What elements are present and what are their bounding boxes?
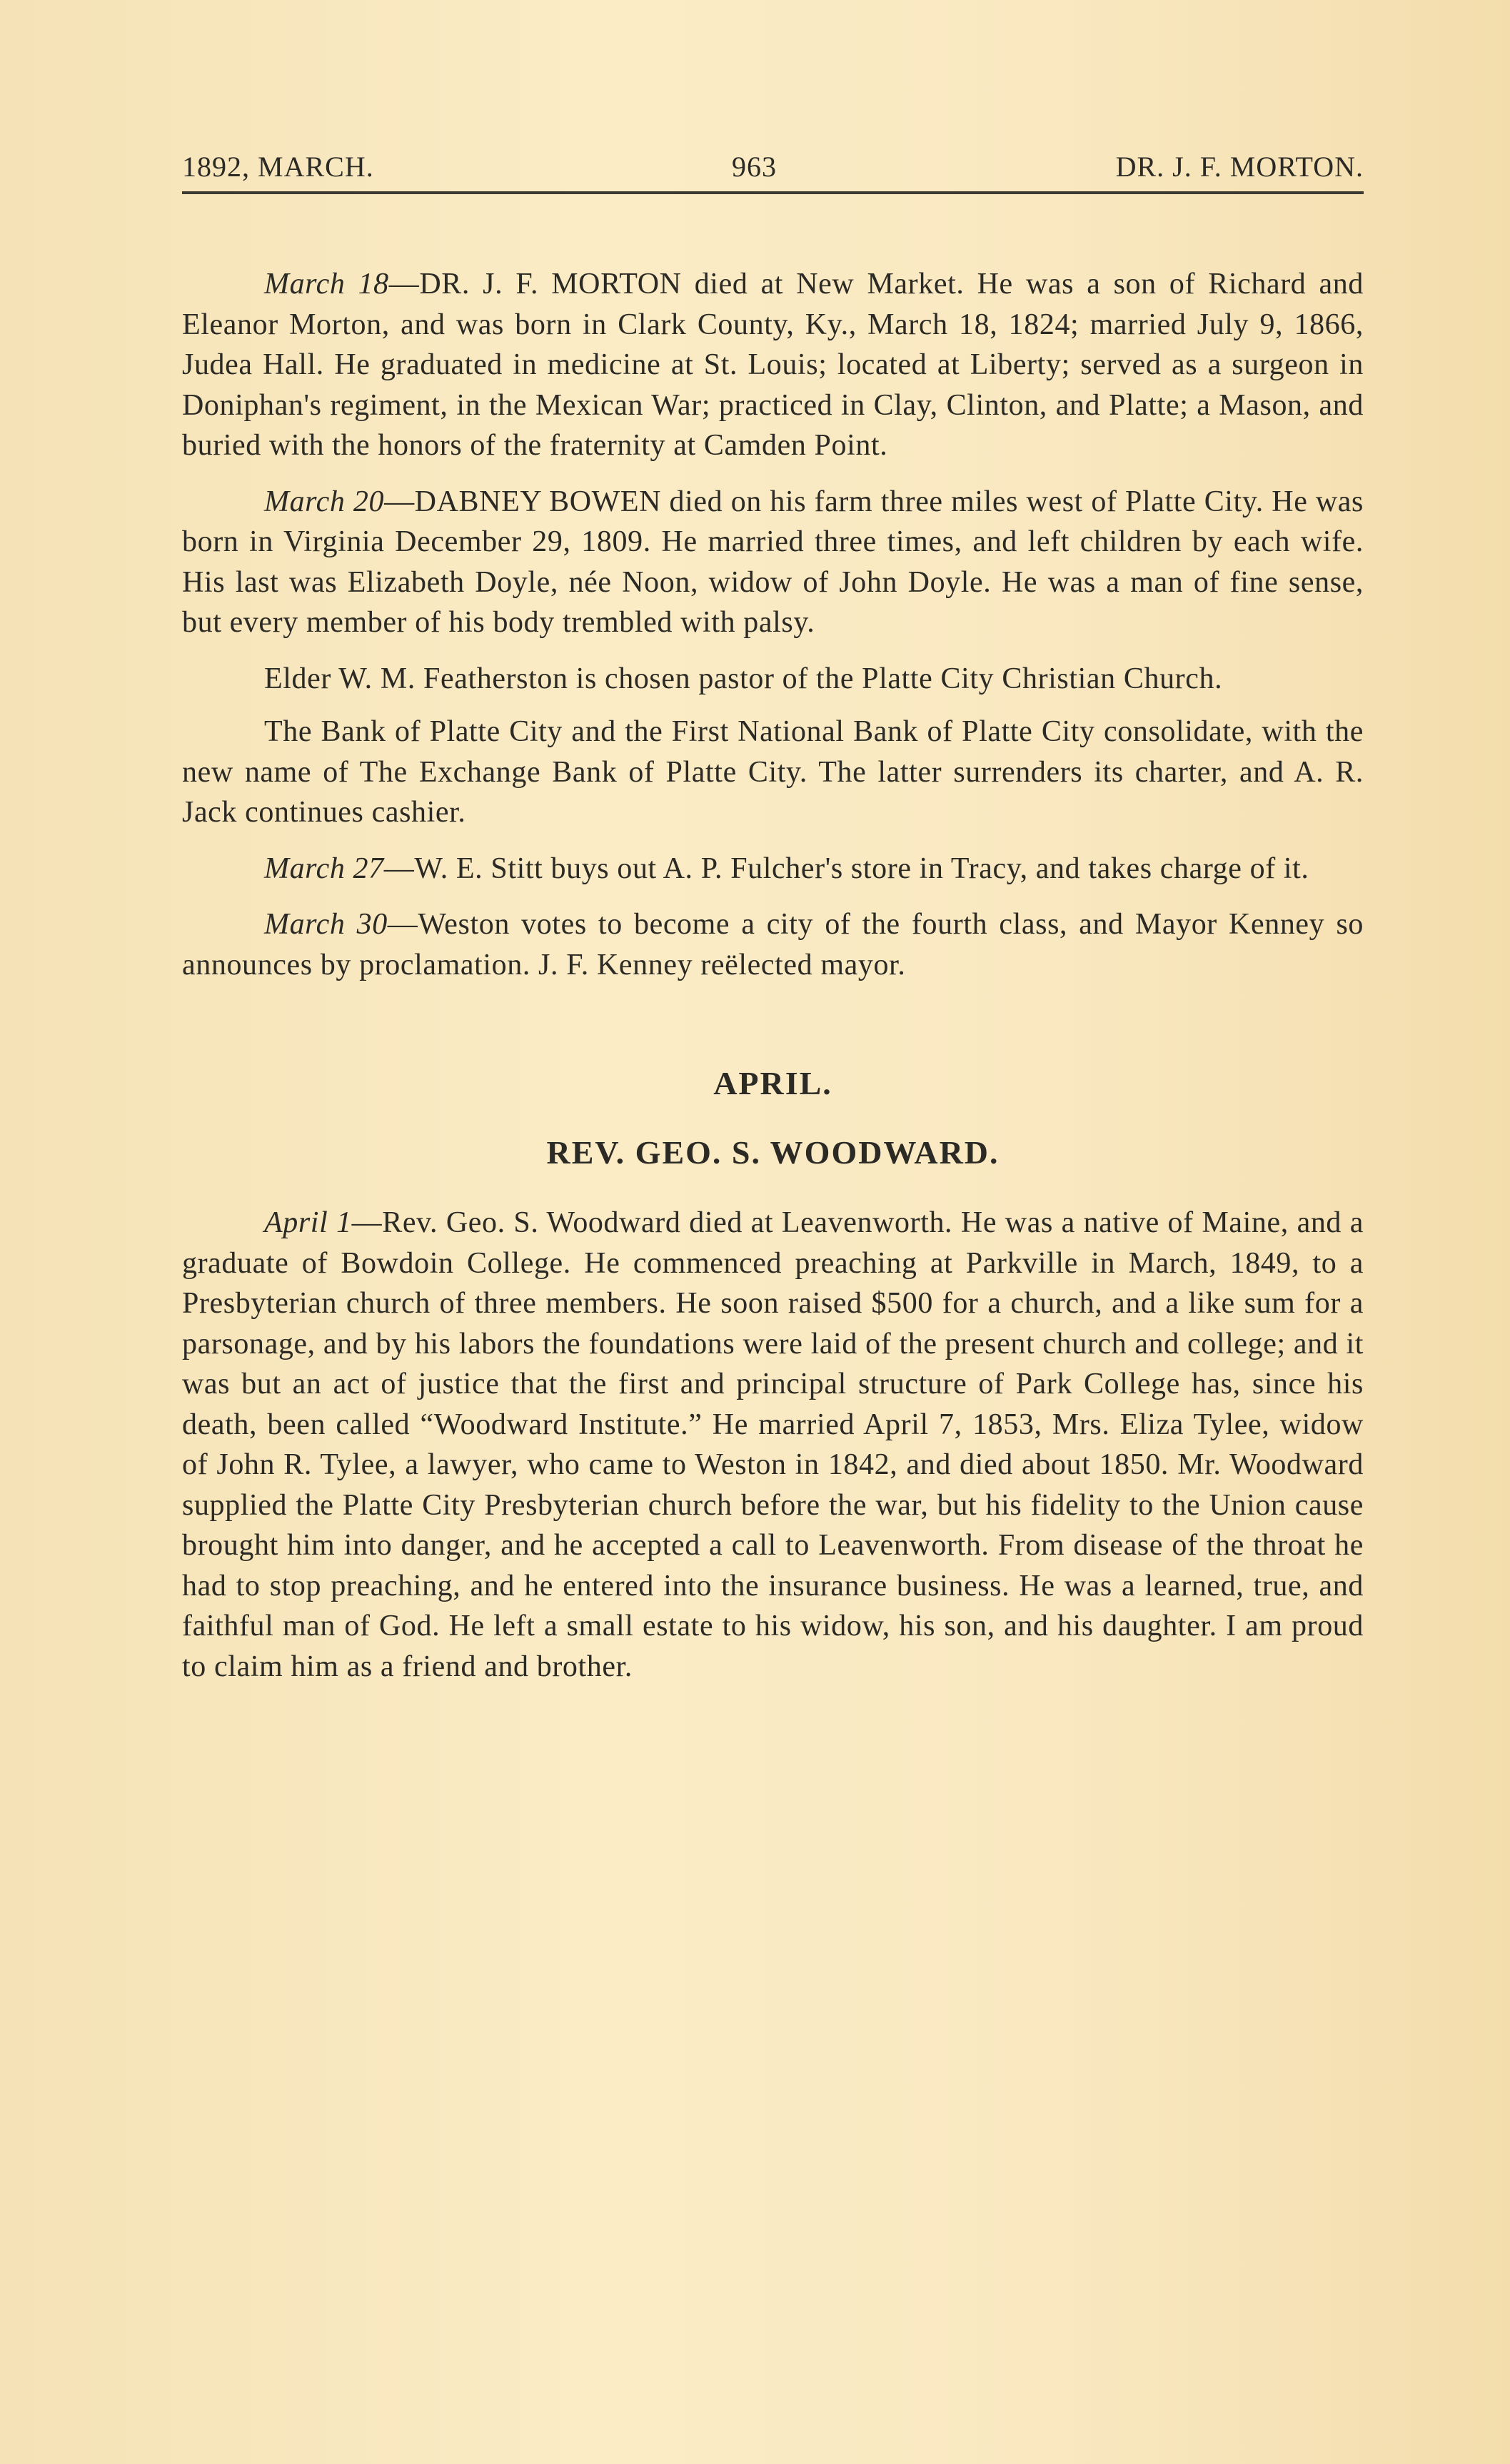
entry-text: Elder W. M. Featherston is chosen pastor… — [264, 662, 1222, 695]
entry-text: —W. E. Stitt buys out A. P. Fulcher's st… — [384, 852, 1309, 885]
entry-weston: March 30—Weston votes to become a city o… — [182, 904, 1364, 985]
obituary-heading: REV. GEO. S. WOODWARD. — [182, 1133, 1364, 1173]
entry-bank: The Bank of Platte City and the First Na… — [182, 712, 1364, 833]
month-heading: APRIL. — [182, 1064, 1364, 1104]
entry-stitt: March 27—W. E. Stitt buys out A. P. Fulc… — [182, 849, 1364, 889]
entry-date: April 1 — [264, 1206, 352, 1239]
entry-featherston: Elder W. M. Featherston is chosen pastor… — [182, 659, 1364, 700]
header-rule — [182, 191, 1364, 194]
entry-date: March 27 — [264, 852, 384, 885]
running-head: 1892, MARCH. 963 DR. J. F. MORTON. — [182, 150, 1364, 193]
entry-date: March 18 — [264, 268, 389, 301]
page-number: 963 — [732, 150, 777, 183]
entry-morton: March 18—DR. J. F. MORTON died at New Ma… — [182, 264, 1364, 466]
running-head-title: DR. J. F. MORTON. — [1116, 150, 1364, 183]
entry-date: March 30 — [264, 908, 388, 941]
entry-woodward: April 1—Rev. Geo. S. Woodward died at Le… — [182, 1203, 1364, 1687]
entry-text: —Rev. Geo. S. Woodward died at Leavenwor… — [182, 1206, 1364, 1683]
page-body: March 18—DR. J. F. MORTON died at New Ma… — [182, 264, 1364, 1700]
entry-text: The Bank of Platte City and the First Na… — [182, 715, 1364, 829]
running-head-date: 1892, MARCH. — [182, 150, 374, 183]
entry-bowen: March 20—DABNEY BOWEN died on his farm t… — [182, 482, 1364, 643]
entry-date: March 20 — [264, 485, 384, 518]
